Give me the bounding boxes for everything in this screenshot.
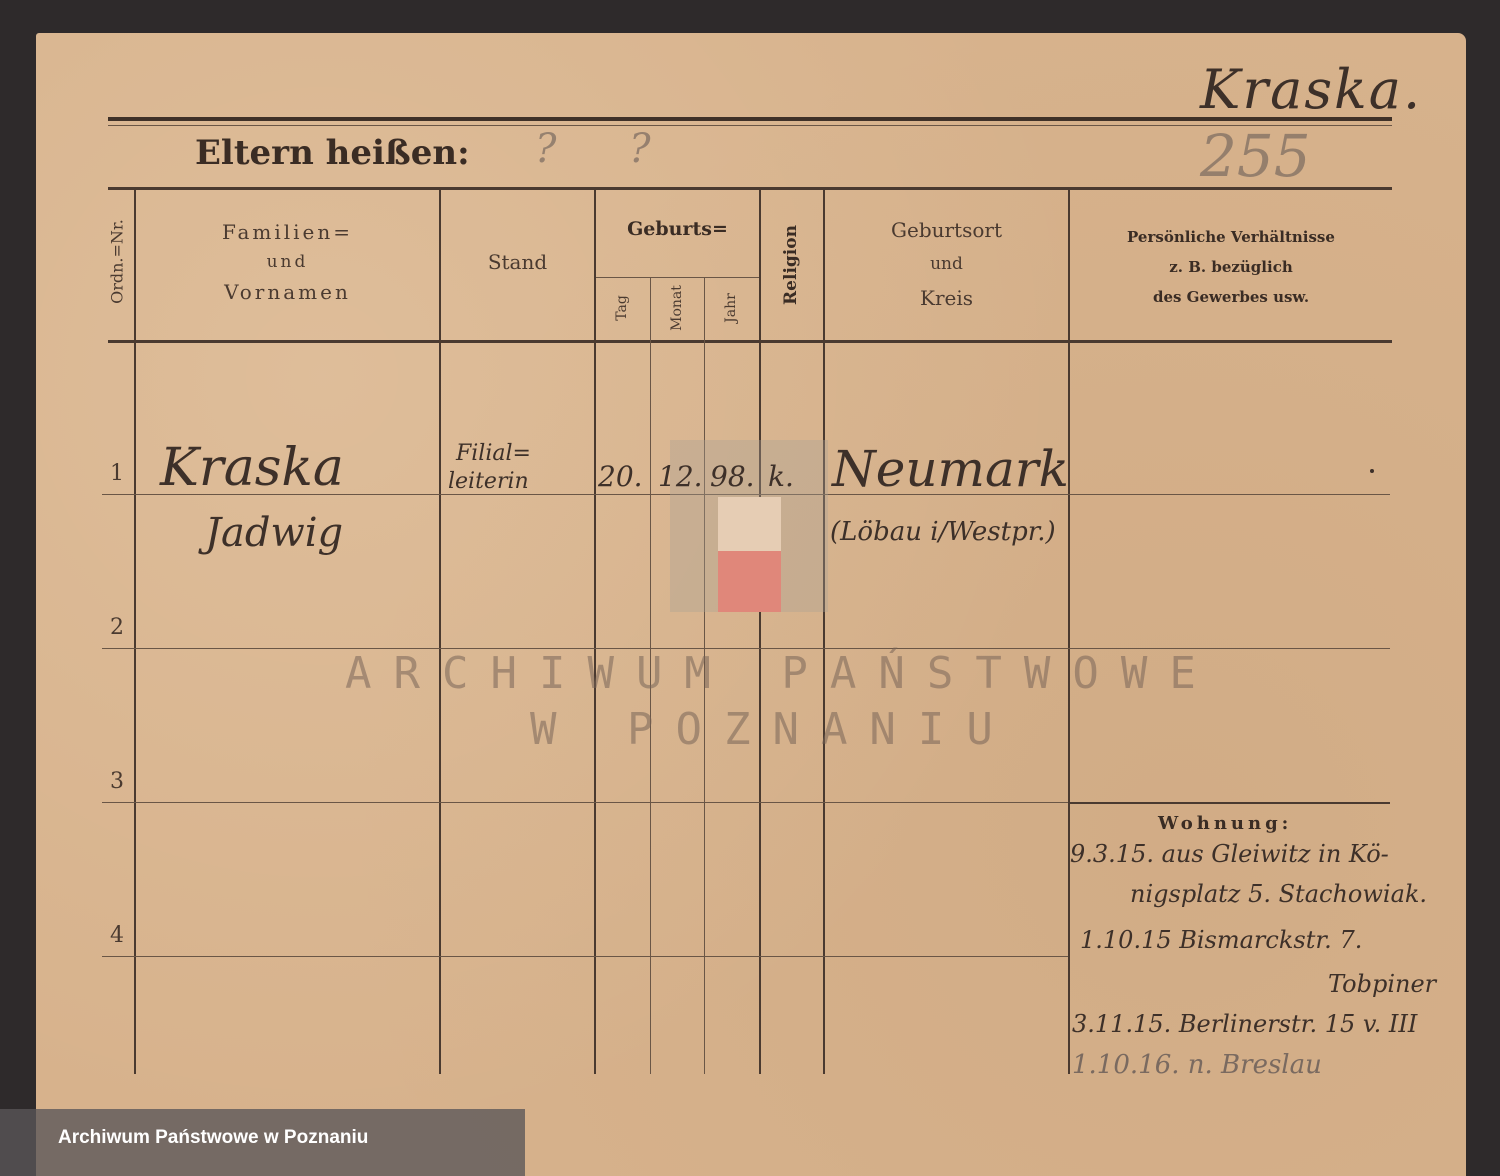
entry-stand-line: leiterin	[448, 468, 531, 496]
header-ordn-nr: Ordn.=Nr.	[108, 212, 127, 312]
entry-stand-line: Filial=	[448, 440, 531, 468]
top-rule	[108, 117, 1392, 121]
wohnung-entry: nigsplatz 5. Stachowiak.	[1130, 880, 1427, 908]
entry-religion: k.	[768, 460, 794, 493]
row-number: 3	[102, 769, 132, 794]
header-familien-line: Familien=	[136, 215, 439, 249]
header-persoenliche-line: Persönliche Verhältnisse	[1070, 222, 1392, 252]
header-familien: Familien= und Vornamen	[136, 215, 439, 309]
header-persoenliche-line: des Gewerbes usw.	[1070, 282, 1392, 312]
header-persoenliche-line: z. B. bezüglich	[1070, 252, 1392, 282]
header-familien-line: Vornamen	[136, 275, 439, 309]
top-surname: Kraska.	[1200, 58, 1422, 121]
col-divider	[759, 189, 761, 1074]
top-rule-thin	[108, 125, 1392, 126]
header-geburtsort: Geburtsort und Kreis	[825, 213, 1068, 315]
entry-given-name: Jadwig	[205, 510, 343, 556]
entry-geburtsort: Neumark	[832, 440, 1069, 498]
header-monat: Monat	[669, 278, 685, 338]
pencil-archive-number: 255	[1200, 122, 1311, 190]
col-divider	[823, 189, 825, 1074]
header-geburtsort-line: Kreis	[825, 281, 1068, 315]
header-religion: Religion	[781, 215, 801, 315]
col-divider	[439, 189, 441, 1074]
row-number: 1	[102, 461, 132, 486]
row-rule	[102, 802, 1068, 803]
archive-watermark-line1: ARCHIWUM PAŃSTWOWE	[345, 648, 1218, 699]
footer-caption: Archiwum Państwowe w Poznaniu	[58, 1127, 368, 1149]
parents-value: ? ?	[535, 126, 681, 172]
parents-label: Eltern heißen:	[195, 133, 470, 173]
watermark-flag-white	[718, 497, 781, 551]
header-top-rule	[108, 187, 1392, 190]
col-divider	[134, 189, 136, 1074]
header-bottom-rule	[108, 340, 1392, 343]
col-divider	[594, 189, 596, 1074]
wohnung-label: Wohnung:	[1158, 813, 1292, 834]
header-familien-line: und	[136, 249, 439, 275]
wohnung-entry: Tobpiner	[1328, 970, 1436, 998]
wohnung-entry: 1.10.15 Bismarckstr. 7.	[1080, 926, 1362, 954]
entry-monat: 12.	[658, 460, 703, 493]
col-divider	[1068, 189, 1070, 1074]
row-number: 2	[102, 615, 132, 640]
ink-dot	[1370, 469, 1374, 473]
entry-stand: Filial= leiterin	[448, 440, 531, 496]
wohnung-rule	[1070, 802, 1390, 804]
wohnung-entry: 9.3.15. aus Gleiwitz in Kö-	[1070, 840, 1389, 868]
header-geburts: Geburts=	[596, 218, 759, 240]
header-geburtsort-line: Geburtsort	[825, 213, 1068, 247]
archive-watermark-line2: W POZNANIU	[530, 704, 1015, 755]
wohnung-entry-pencil: 1.10.16. n. Breslau	[1072, 1050, 1322, 1080]
row-rule	[102, 956, 1068, 957]
entry-kreis: (Löbau i/Westpr.)	[830, 517, 1056, 547]
row-number: 4	[102, 923, 132, 948]
wohnung-entry: 3.11.15. Berlinerstr. 15 v. III	[1072, 1010, 1417, 1038]
entry-tag: 20.	[598, 460, 643, 493]
watermark-flag-red	[718, 551, 781, 612]
header-tag: Tag	[614, 278, 630, 338]
entry-jahr: 98.	[710, 460, 755, 493]
header-persoenliche: Persönliche Verhältnisse z. B. bezüglich…	[1070, 222, 1392, 312]
header-jahr: Jahr	[723, 278, 739, 338]
header-geburtsort-line: und	[825, 247, 1068, 281]
entry-surname: Kraska	[160, 438, 344, 498]
header-stand: Stand	[441, 250, 594, 274]
